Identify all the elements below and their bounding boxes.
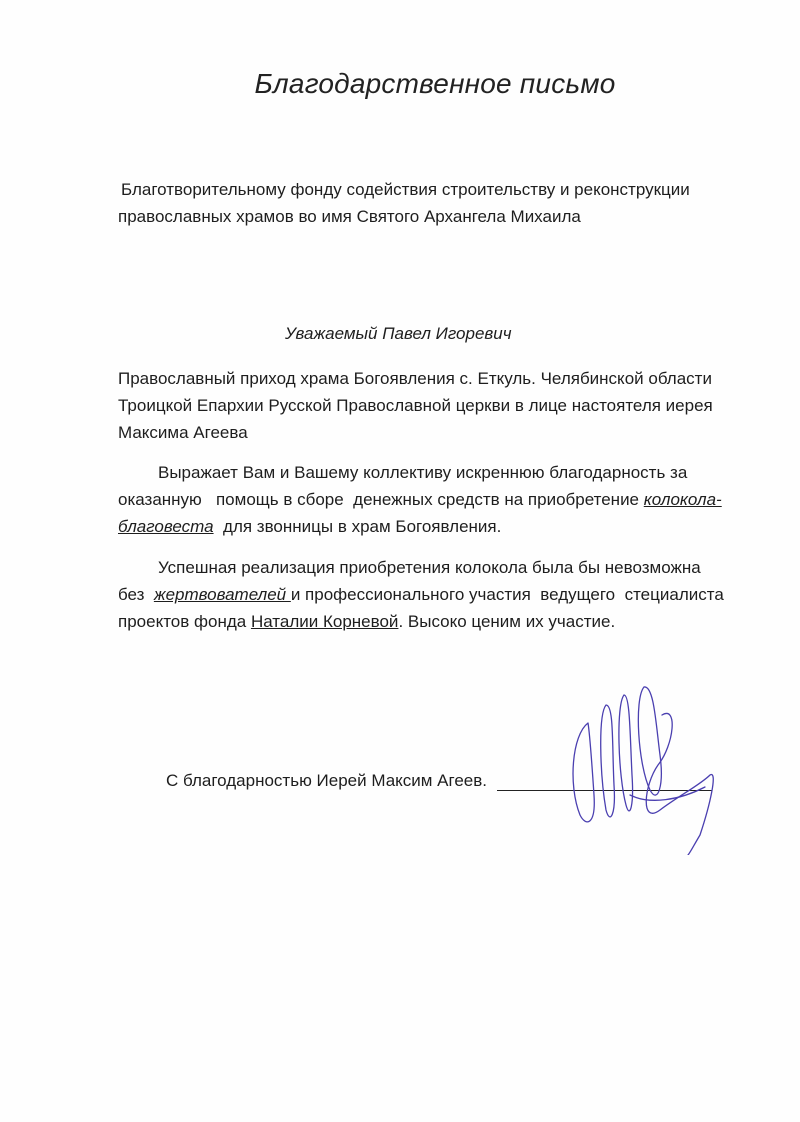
paragraph-2-line-1: Успешная реализация приобретения колокол… [158,555,701,581]
paragraph-1-line-2: оказанную помощь в сборе денежных средст… [118,487,722,513]
intro-line-1: Православный приход храма Богоявления с.… [118,366,712,392]
greeting: Уважаемый Павел Игоревич [285,321,512,347]
paragraph-2-line-2: без жертвователей и профессионального уч… [118,582,724,608]
emphasis-donors: жертвователей [154,585,291,604]
intro-line-3: Максима Агеева [118,420,248,446]
paragraph-2-text-d: проектов фонда [118,612,251,631]
emphasis-bell: колокола- [644,490,722,509]
addressee-line-1: Благотворительному фонду содействия стро… [121,177,690,203]
letter-title: Благодарственное письмо [0,68,800,100]
closing-line: С благодарностью Иерей Максим Агеев. [166,768,487,794]
paragraph-1-line-1: Выражает Вам и Вашему коллективу искренн… [158,460,687,486]
paragraph-1-line-3: благовеста для звонницы в храм Богоявлен… [118,514,501,540]
paragraph-2-line-3: проектов фонда Наталии Корневой. Высоко … [118,609,615,635]
emphasis-blagovest: благовеста [118,517,214,536]
paragraph-1-text-end: для звонницы в храм Богоявления. [214,517,502,536]
paragraph-2-text-e: . Высоко ценим их участие. [398,612,615,631]
addressee-line-2: православных храмов во имя Святого Архан… [118,204,581,230]
intro-line-2: Троицкой Епархии Русской Православной це… [118,393,713,419]
paragraph-2-text-a: без [118,585,154,604]
handwritten-signature [560,675,760,855]
paragraph-2-text-c: и профессионального участия ведущего сте… [291,585,724,604]
paragraph-1-text: оказанную помощь в сборе денежных средст… [118,490,644,509]
specialist-name: Наталии Корневой [251,612,399,631]
